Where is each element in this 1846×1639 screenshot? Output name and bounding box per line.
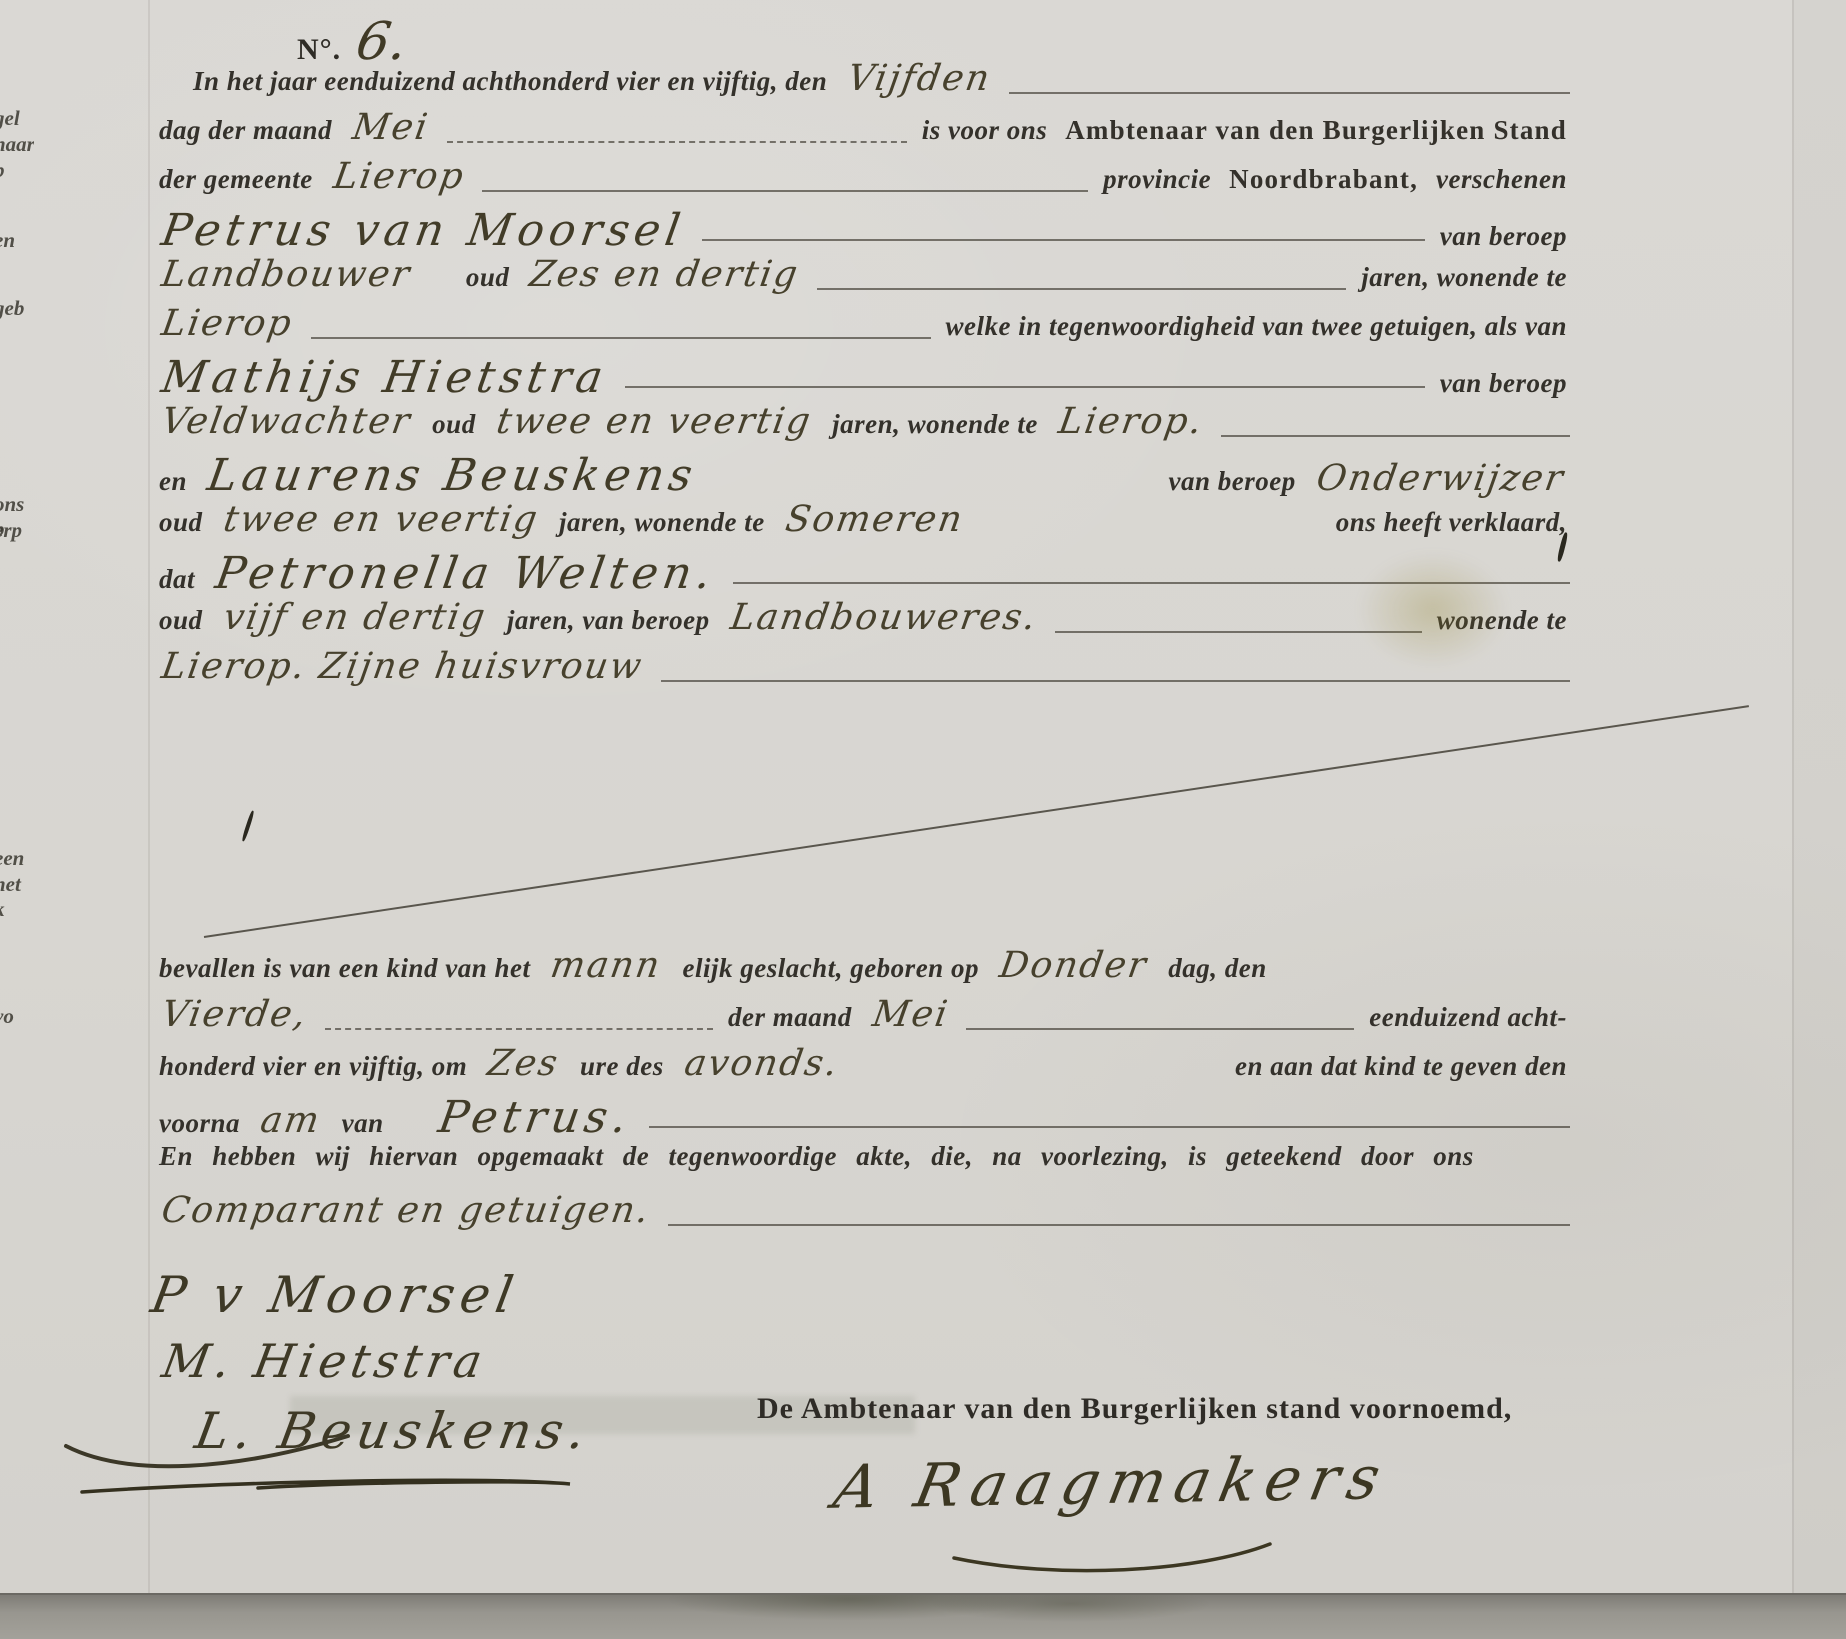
handwritten-text: Onderwijzer bbox=[1302, 458, 1580, 499]
handwritten-text: twee en veertig bbox=[481, 401, 826, 442]
printed-text: der maand bbox=[719, 1002, 861, 1033]
edge-fragment: vo bbox=[0, 1004, 34, 1029]
document-line: oudtwee en veertigjaren, wonende teSomer… bbox=[150, 499, 1576, 548]
printed-text: jaren, wonende te bbox=[823, 409, 1047, 440]
printed-text: honderd vier en vijftig, om bbox=[150, 1051, 476, 1082]
printed-text: der gemeente bbox=[150, 164, 322, 195]
printed-text: dat bbox=[150, 564, 204, 595]
blank-rule bbox=[1009, 92, 1570, 94]
handwritten-text: vijf en dertig bbox=[208, 597, 501, 638]
blank-rule bbox=[311, 337, 931, 339]
printed-text: is voor ons bbox=[913, 115, 1057, 146]
printed-text: jaren, wonende te bbox=[1352, 262, 1576, 293]
edge-fragment: gel bbox=[0, 106, 34, 131]
handwritten-text: avonds. bbox=[670, 1043, 854, 1084]
printed-text: ure des bbox=[571, 1051, 673, 1082]
handwritten-text: mann bbox=[536, 945, 676, 986]
handwritten-text: Vierde, bbox=[147, 994, 323, 1035]
printed-text: Ambtenaar van den Burgerlijken Stand bbox=[1056, 115, 1576, 146]
edge-fragment: b bbox=[0, 158, 34, 183]
handwritten-text: Landbouweres. bbox=[715, 597, 1052, 638]
printed-text: van beroep bbox=[1160, 466, 1305, 497]
edge-fragment: geb bbox=[0, 296, 34, 321]
handwritten-text: twee en veertig bbox=[208, 499, 553, 540]
blank-rule bbox=[661, 680, 1570, 682]
stray-pen-mark bbox=[241, 810, 255, 842]
document-line: LandbouweroudZes en dertigjaren, wonende… bbox=[150, 254, 1576, 303]
handwritten-text: Donder bbox=[985, 945, 1163, 986]
printed-text: van beroep bbox=[1431, 368, 1576, 399]
printed-text: en aan dat kind te geven den bbox=[1226, 1051, 1576, 1082]
blank-rule bbox=[817, 288, 1346, 290]
blank-rule bbox=[482, 190, 1088, 192]
blank-rule bbox=[966, 1028, 1354, 1030]
ink-stain bbox=[1358, 552, 1508, 668]
printed-text: Noordbrabant, bbox=[1220, 164, 1427, 195]
blank-rule bbox=[702, 239, 1424, 241]
edge-fragment: het k bbox=[0, 872, 34, 922]
handwritten-text: Zes bbox=[473, 1043, 574, 1084]
blank-rule bbox=[1221, 435, 1570, 437]
printed-text: verschenen bbox=[1427, 164, 1576, 195]
printed-text: bevallen is van een kind van het bbox=[150, 953, 539, 984]
signature-comparant: P v Moorsel bbox=[147, 1266, 523, 1324]
printed-text: jaren, wonende te bbox=[550, 507, 774, 538]
printed-text: provincie bbox=[1094, 164, 1220, 195]
printed-text: dag, den bbox=[1159, 953, 1276, 984]
printed-text: voorna bbox=[150, 1108, 249, 1139]
birth-details-section: bevallen is van een kind van hetmannelij… bbox=[150, 945, 1576, 1239]
printed-text: elijk geslacht, geboren op bbox=[673, 953, 987, 984]
blank-rule bbox=[325, 1028, 713, 1030]
handwritten-text: Zes en dertig bbox=[515, 254, 814, 295]
printed-text: In het jaar eenduizend achthonderd vier … bbox=[184, 66, 836, 97]
signature-flourish bbox=[58, 1412, 598, 1507]
document-line: bevallen is van een kind van hetmannelij… bbox=[150, 945, 1576, 994]
handwritten-name: Petronella Welten. bbox=[200, 548, 731, 599]
handwritten-name: Petrus. bbox=[423, 1092, 647, 1143]
handwritten-text: Veldwachter bbox=[147, 401, 427, 442]
signature-witness-1: M. Hietstra bbox=[158, 1334, 491, 1388]
printed-text: oud bbox=[457, 262, 519, 293]
printed-text: eenduizend acht- bbox=[1360, 1002, 1576, 1033]
blank-rule bbox=[625, 386, 1424, 388]
handwritten-text: Comparant en getuigen. bbox=[147, 1190, 666, 1231]
document-line: der gemeenteLieropprovincieNoordbrabant,… bbox=[150, 156, 1576, 205]
printed-text: oud bbox=[423, 409, 485, 440]
edge-fragment: en bbox=[0, 228, 34, 253]
document-line: En hebben wij hiervan opgemaakt de tegen… bbox=[150, 1141, 1576, 1190]
handwritten-name: Mathijs Hietstra bbox=[146, 352, 623, 403]
printed-text: jaren, van beroep bbox=[498, 605, 719, 636]
document-line: Veldwachteroudtwee en veertigjaren, wone… bbox=[150, 401, 1576, 450]
document-line: Mathijs Hietstravan beroep bbox=[150, 352, 1576, 401]
document-line: Lierop. Zijne huisvrouw bbox=[150, 646, 1576, 695]
handwritten-text: Someren bbox=[771, 499, 979, 540]
handwritten-text: Lierop. bbox=[1044, 401, 1219, 442]
handwritten-text: Lierop. Zijne huisvrouw bbox=[147, 646, 658, 687]
document-line: enLaurens Beuskensvan beroepOnderwijzer bbox=[150, 450, 1576, 499]
printed-text: dag der maand bbox=[150, 115, 341, 146]
signature-officer: A Raagmakers bbox=[828, 1443, 1395, 1523]
handwritten-name: Petrus van Moorsel bbox=[146, 205, 701, 256]
birth-record-page: N°. 6. In het jaar eenduizend achthonder… bbox=[0, 0, 1846, 1639]
printed-text: oud bbox=[150, 605, 212, 636]
handwritten-text: Landbouwer bbox=[147, 254, 426, 295]
blank-space-strike-line bbox=[204, 705, 1749, 938]
blank-rule bbox=[649, 1126, 1570, 1128]
printed-text: En hebben wij hiervan opgemaakt de tegen… bbox=[150, 1141, 1483, 1172]
document-line: Petrus van Moorselvan beroep bbox=[150, 205, 1576, 254]
scan-bottom-edge bbox=[0, 1593, 1846, 1639]
document-line: Comparant en getuigen. bbox=[150, 1190, 1576, 1239]
document-line: dag der maandMeiis voor onsAmbtenaar van… bbox=[150, 107, 1576, 156]
handwritten-name: Laurens Beuskens bbox=[192, 450, 713, 501]
document-line: voornaamvanPetrus. bbox=[150, 1092, 1576, 1141]
document-line: Vierde,der maandMeieenduizend acht- bbox=[150, 994, 1576, 1043]
edge-fragment: een bbox=[0, 846, 34, 871]
handwritten-text: am bbox=[246, 1100, 336, 1141]
officer-title: De Ambtenaar van den Burgerlijken stand … bbox=[757, 1392, 1512, 1426]
document-line: honderd vier en vijftig, omZesure desavo… bbox=[150, 1043, 1576, 1092]
handwritten-text: Mei bbox=[858, 994, 964, 1035]
printed-text: welke in tegenwoordigheid van twee getui… bbox=[937, 311, 1577, 342]
printed-text: oud bbox=[150, 507, 212, 538]
handwritten-text: Lierop bbox=[147, 303, 308, 344]
printed-text: en bbox=[150, 466, 196, 497]
printed-text: van beroep bbox=[1431, 221, 1576, 252]
blank-rule bbox=[668, 1224, 1570, 1226]
printed-text: van bbox=[333, 1108, 393, 1139]
paper-edge-shade bbox=[1794, 0, 1846, 1593]
document-line: In het jaar eenduizend achthonderd vier … bbox=[150, 58, 1576, 107]
edge-fragment: haart, bbox=[0, 132, 34, 157]
blank-rule bbox=[447, 141, 907, 143]
edge-fragment: erp bbox=[0, 518, 34, 543]
printed-text: ons heeft verklaard, bbox=[1327, 507, 1576, 538]
handwritten-text: Vijfden bbox=[833, 58, 1006, 99]
handwritten-text: Mei bbox=[338, 107, 444, 148]
handwritten-text: Lierop bbox=[318, 156, 479, 197]
document-line: Lieropwelke in tegenwoordigheid van twee… bbox=[150, 303, 1576, 352]
officer-signature-flourish bbox=[948, 1538, 1278, 1584]
